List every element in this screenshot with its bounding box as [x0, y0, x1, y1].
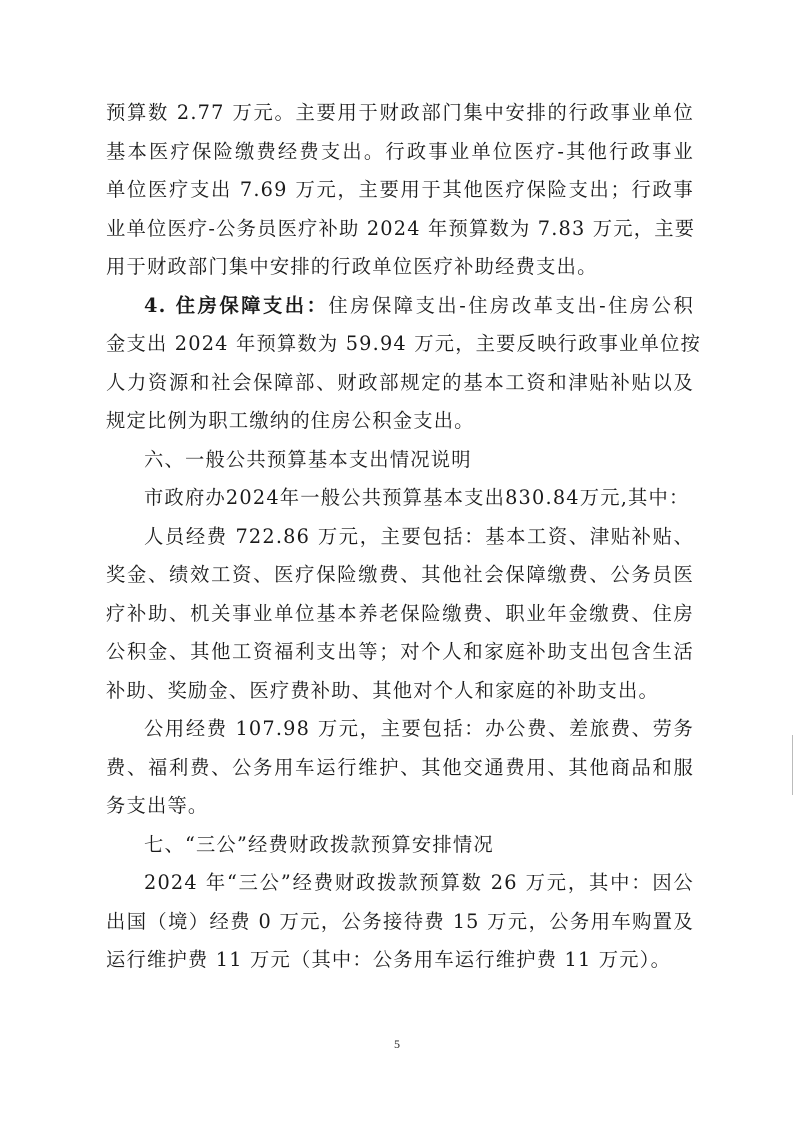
document-body: 预算数 2.77 万元。主要用于财政部门集中安排的行政事业单位 基本医疗保险缴费…	[106, 94, 694, 980]
summary-line: 市政府办2024年一般公共预算基本支出830.84万元,其中：	[106, 479, 694, 518]
text-line: 业单位医疗-公务员医疗补助 2024 年预算数为 7.83 万元，主要	[106, 210, 694, 249]
document-page: 预算数 2.77 万元。主要用于财政部门集中安排的行政事业单位 基本医疗保险缴费…	[0, 0, 794, 1122]
page-number: 5	[0, 1037, 794, 1052]
text-line: 4. 住房保障支出：住房保障支出-住房改革支出-住房公积	[106, 287, 694, 326]
item-label: 4. 住房保障支出：	[144, 294, 328, 317]
text-line: 奖金、绩效工资、医疗保险缴费、其他社会保障缴费、公务员医	[106, 556, 694, 595]
text-line: 务支出等。	[106, 787, 694, 826]
text-line: 运行维护费 11 万元（其中：公务用车运行维护费 11 万元）。	[106, 941, 694, 980]
item-text: 住房保障支出-住房改革支出-住房公积	[328, 294, 694, 317]
text-line: 出国（境）经费 0 万元，公务接待费 15 万元，公务用车购置及	[106, 903, 694, 942]
text-line: 费、福利费、公务用车运行维护、其他交通费用、其他商品和服	[106, 749, 694, 788]
paragraph-housing-security: 4. 住房保障支出：住房保障支出-住房改革支出-住房公积 金支出 2024 年预…	[106, 287, 694, 441]
text-line: 金支出 2024 年预算数为 59.94 万元，主要反映行政事业单位按	[106, 325, 694, 364]
text-line: 单位医疗支出 7.69 万元，主要用于其他医疗保险支出；行政事	[106, 171, 694, 210]
text-line: 疗补助、机关事业单位基本养老保险缴费、职业年金缴费、住房	[106, 595, 694, 634]
section-heading: 六、一般公共预算基本支出情况说明	[106, 441, 694, 480]
section-three-public-expenses: 七、“三公”经费财政拨款预算安排情况 2024 年“三公”经费财政拨款预算数 2…	[106, 826, 694, 980]
section-basic-expenditure: 六、一般公共预算基本支出情况说明 市政府办2024年一般公共预算基本支出830.…	[106, 441, 694, 826]
text-line: 用于财政部门集中安排的行政单位医疗补助经费支出。	[106, 248, 694, 287]
paragraph-personnel-expense: 人员经费 722.86 万元，主要包括：基本工资、津贴补贴、 奖金、绩效工资、医…	[106, 518, 694, 711]
scan-edge-mark	[792, 735, 793, 795]
text-line: 公积金、其他工资福利支出等；对个人和家庭补助支出包含生活	[106, 633, 694, 672]
text-line: 补助、奖励金、医疗费补助、其他对个人和家庭的补助支出。	[106, 672, 694, 711]
text-line: 人力资源和社会保障部、财政部规定的基本工资和津贴补贴以及	[106, 364, 694, 403]
paragraph-public-expense: 公用经费 107.98 万元，主要包括：办公费、差旅费、劳务 费、福利费、公务用…	[106, 710, 694, 826]
paragraph-medical-insurance: 预算数 2.77 万元。主要用于财政部门集中安排的行政事业单位 基本医疗保险缴费…	[106, 94, 694, 287]
text-line: 公用经费 107.98 万元，主要包括：办公费、差旅费、劳务	[106, 710, 694, 749]
text-line: 规定比例为职工缴纳的住房公积金支出。	[106, 402, 694, 441]
text-line: 基本医疗保险缴费经费支出。行政事业单位医疗-其他行政事业	[106, 133, 694, 172]
text-line: 2024 年“三公”经费财政拨款预算数 26 万元，其中：因公	[106, 864, 694, 903]
text-line: 预算数 2.77 万元。主要用于财政部门集中安排的行政事业单位	[106, 94, 694, 133]
text-line: 人员经费 722.86 万元，主要包括：基本工资、津贴补贴、	[106, 518, 694, 557]
section-heading: 七、“三公”经费财政拨款预算安排情况	[106, 826, 694, 865]
